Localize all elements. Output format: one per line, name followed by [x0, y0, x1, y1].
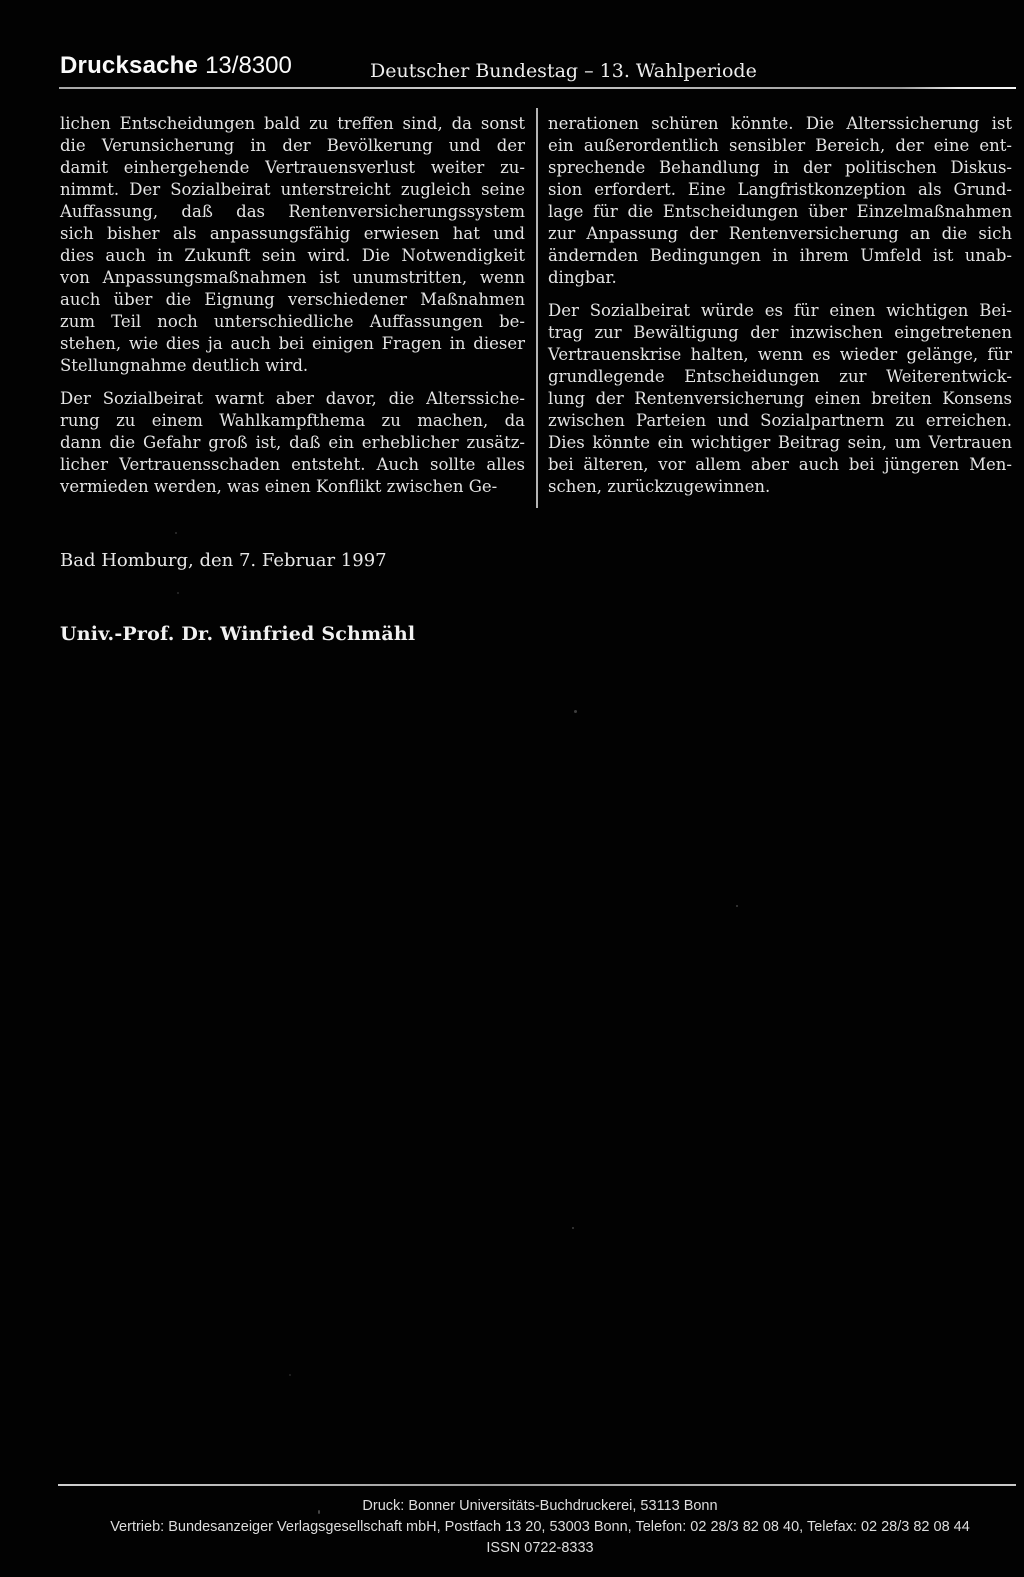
- paragraph: Der Sozialbeirat würde es für einen wich…: [548, 300, 1012, 498]
- text-line: nimmt. Der Sozialbeirat unterstreicht zu…: [60, 179, 525, 201]
- text-line: bei älteren, vor allem aber auch bei jün…: [548, 454, 1012, 476]
- text-line: licher Vertrauensschaden entsteht. Auch …: [60, 454, 525, 476]
- text-line: nerationen schüren könnte. Die Alterssic…: [548, 113, 1012, 135]
- text-line: von Anpassungsmaßnahmen ist unumstritten…: [60, 267, 525, 289]
- right-column: nerationen schüren könnte. Die Alterssic…: [548, 113, 1012, 498]
- text-line: ein außerordentlich sensibler Bereich, d…: [548, 135, 1012, 157]
- doc-title: Deutscher Bundestag – 13. Wahlperiode: [370, 60, 757, 82]
- text-line: zwischen Parteien und Sozialpartnern zu …: [548, 410, 1012, 432]
- left-column: lichen Entscheidungen bald zu treffen si…: [60, 113, 525, 498]
- text-line: die Verunsicherung in der Bevölkerung un…: [60, 135, 525, 157]
- text-line: vermieden werden, was einen Konflikt zwi…: [60, 476, 525, 498]
- footer-rule: [58, 1484, 1016, 1486]
- text-line: Stellungnahme deutlich wird.: [60, 355, 525, 377]
- footer-line: Druck: Bonner Universitäts-Buchdruckerei…: [28, 1496, 1024, 1517]
- scan-speck: [572, 1227, 574, 1229]
- text-line: sich bisher als anpassungsfähig erwiesen…: [60, 223, 525, 245]
- header-rule: [59, 87, 1016, 89]
- text-line: lage für die Entscheidungen über Einzelm…: [548, 201, 1012, 223]
- text-line: ändernden Bedingungen in ihrem Umfeld is…: [548, 245, 1012, 267]
- document-page: Drucksache13/8300 Deutscher Bundestag – …: [0, 0, 1024, 1577]
- text-line: lichen Entscheidungen bald zu treffen si…: [60, 113, 525, 135]
- text-line: trag zur Bewältigung der inzwischen eing…: [548, 322, 1012, 344]
- text-line: Dies könnte ein wichtiger Beitrag sein, …: [548, 432, 1012, 454]
- text-line: Der Sozialbeirat würde es für einen wich…: [548, 300, 1012, 322]
- text-line: stehen, wie dies ja auch bei einigen Fra…: [60, 333, 525, 355]
- text-line: dann die Gefahr groß ist, daß ein erhebl…: [60, 432, 525, 454]
- text-line: auch über die Eignung verschiedener Maßn…: [60, 289, 525, 311]
- text-line: dingbar.: [548, 267, 1012, 289]
- text-line: damit einhergehende Vertrauensverlust we…: [60, 157, 525, 179]
- column-divider: [536, 108, 538, 508]
- text-line: grundlegende Entscheidungen zur Weiteren…: [548, 366, 1012, 388]
- paragraph: nerationen schüren könnte. Die Alterssic…: [548, 113, 1012, 289]
- scan-speck: [574, 710, 577, 713]
- doc-number-value: 13/8300: [205, 52, 292, 79]
- text-line: lung der Rentenversicherung einen breite…: [548, 388, 1012, 410]
- text-line: Der Sozialbeirat warnt aber davor, die A…: [60, 388, 525, 410]
- scan-speck: [177, 592, 179, 594]
- text-line: Vertrauenskrise halten, wenn es wieder g…: [548, 344, 1012, 366]
- paragraph: lichen Entscheidungen bald zu treffen si…: [60, 113, 525, 377]
- text-line: rung zu einem Wahlkampfthema zu machen, …: [60, 410, 525, 432]
- paragraph: Der Sozialbeirat warnt aber davor, die A…: [60, 388, 525, 498]
- text-line: zum Teil noch unterschiedliche Auffassun…: [60, 311, 525, 333]
- dateline: Bad Homburg, den 7. Februar 1997: [60, 550, 387, 571]
- doc-number: Drucksache13/8300: [60, 52, 292, 80]
- text-line: Auffassung, daß das Rentenversicherungss…: [60, 201, 525, 223]
- text-line: sprechende Behandlung in der politischen…: [548, 157, 1012, 179]
- doc-number-label: Drucksache: [60, 52, 198, 79]
- scan-speck: [175, 532, 177, 534]
- footer-line: Vertrieb: Bundesanzeiger Verlagsgesellsc…: [28, 1517, 1024, 1538]
- text-line: zur Anpassung der Rentenversicherung an …: [548, 223, 1012, 245]
- text-line: dies auch in Zukunft sein wird. Die Notw…: [60, 245, 525, 267]
- text-line: schen, zurückzugewinnen.: [548, 476, 1012, 498]
- scan-speck: [289, 1374, 291, 1376]
- scan-speck: [736, 905, 738, 907]
- text-line: sion erfordert. Eine Langfristkonzeption…: [548, 179, 1012, 201]
- signature-name: Univ.-Prof. Dr. Winfried Schmähl: [60, 623, 415, 645]
- footer-line: ISSN 0722-8333: [28, 1538, 1024, 1559]
- footer-imprint: Druck: Bonner Universitäts-Buchdruckerei…: [28, 1496, 1024, 1559]
